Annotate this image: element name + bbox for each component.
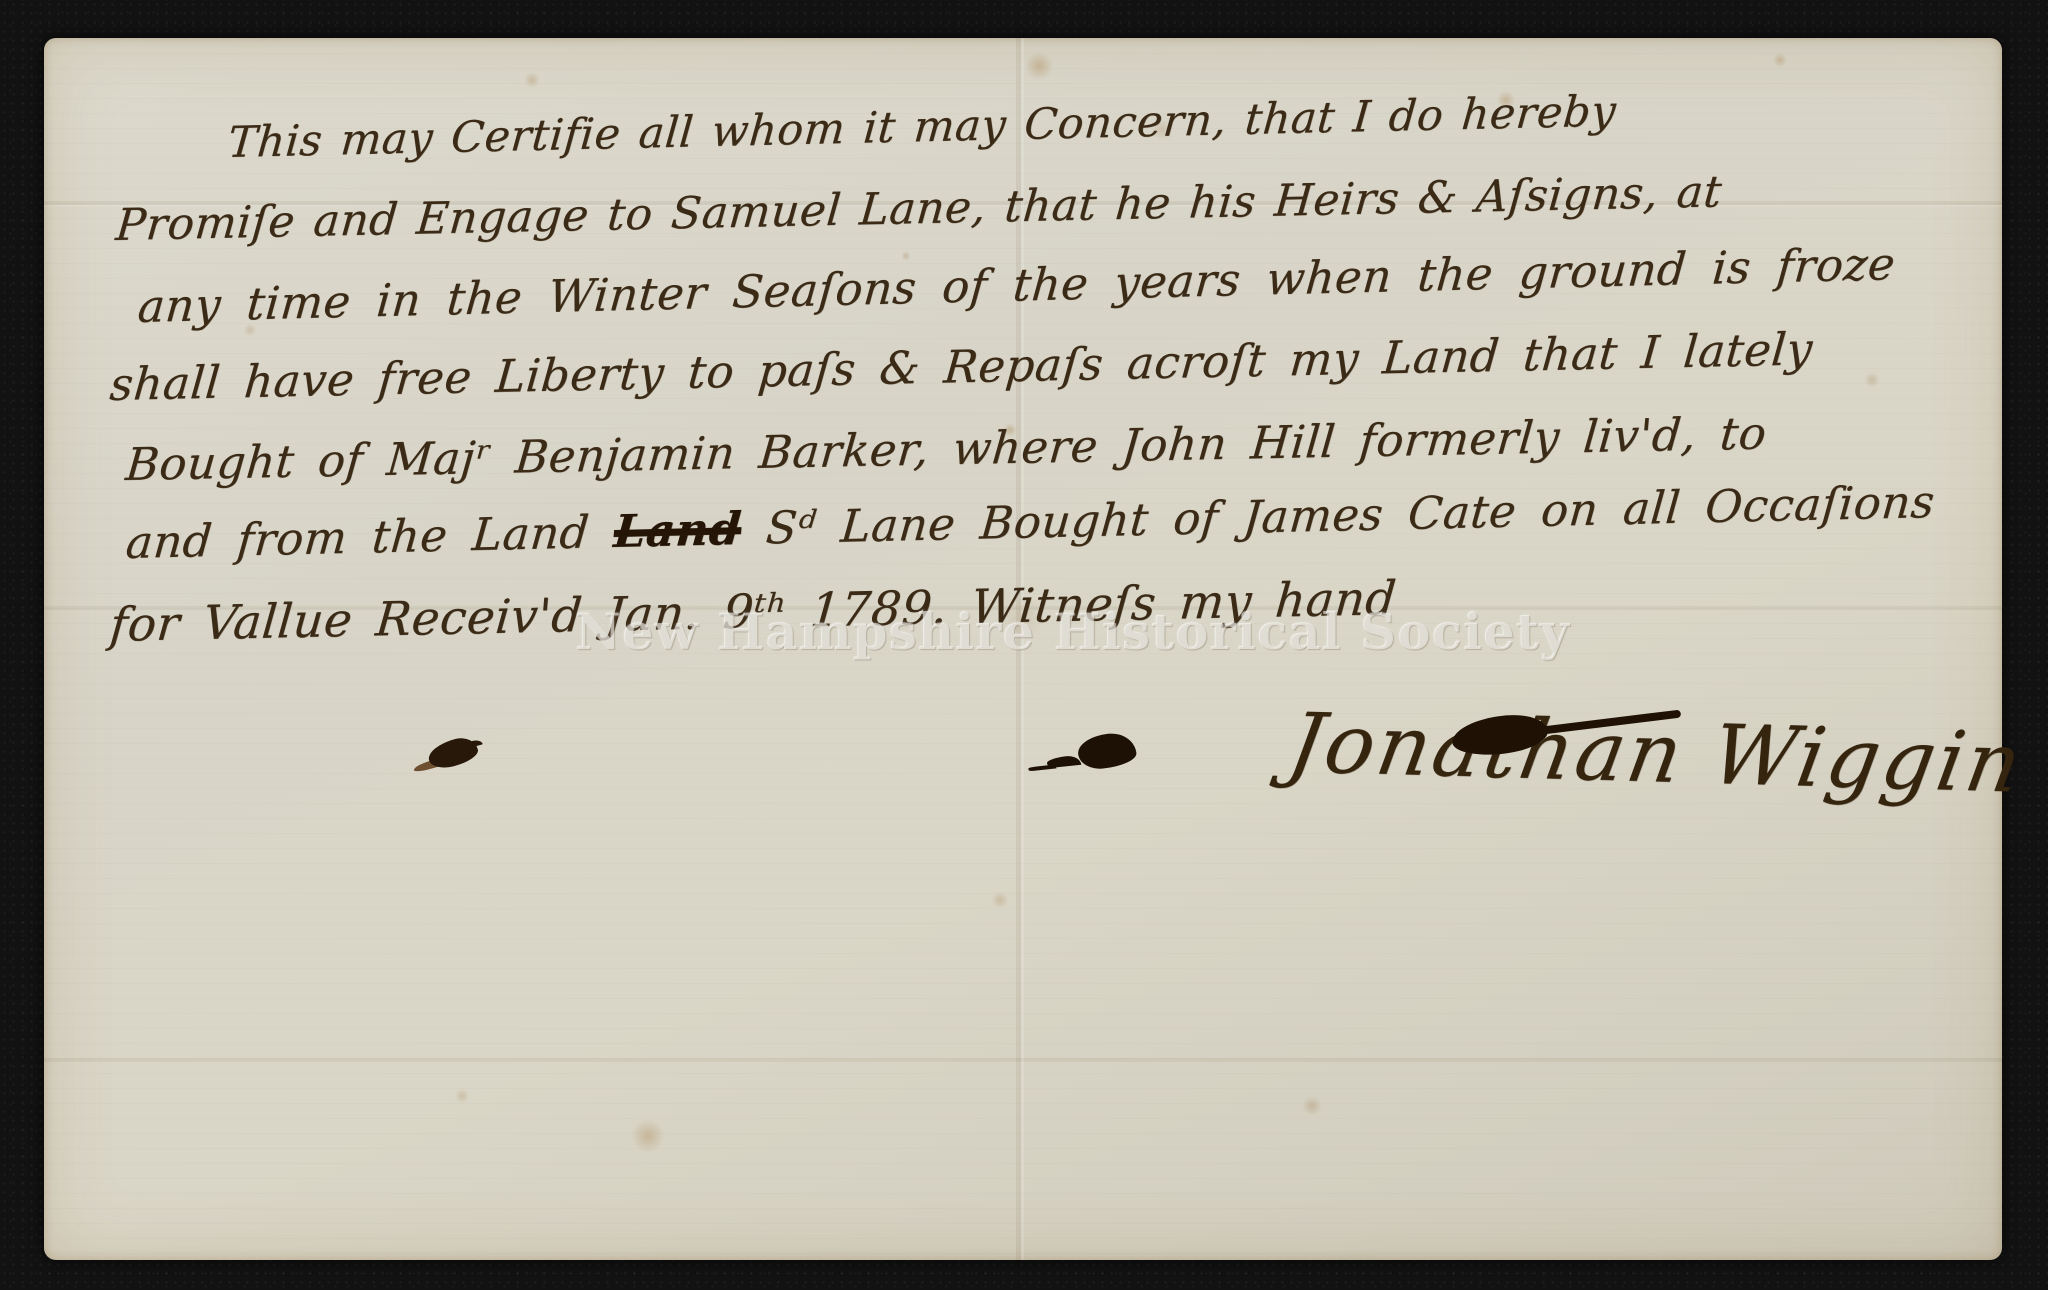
line-6-before-correction: and from the Land	[124, 505, 616, 569]
line-6-struck-word: Land	[612, 502, 744, 558]
photo-stage: This may Certifie all whom it may Concer…	[0, 0, 2048, 1290]
